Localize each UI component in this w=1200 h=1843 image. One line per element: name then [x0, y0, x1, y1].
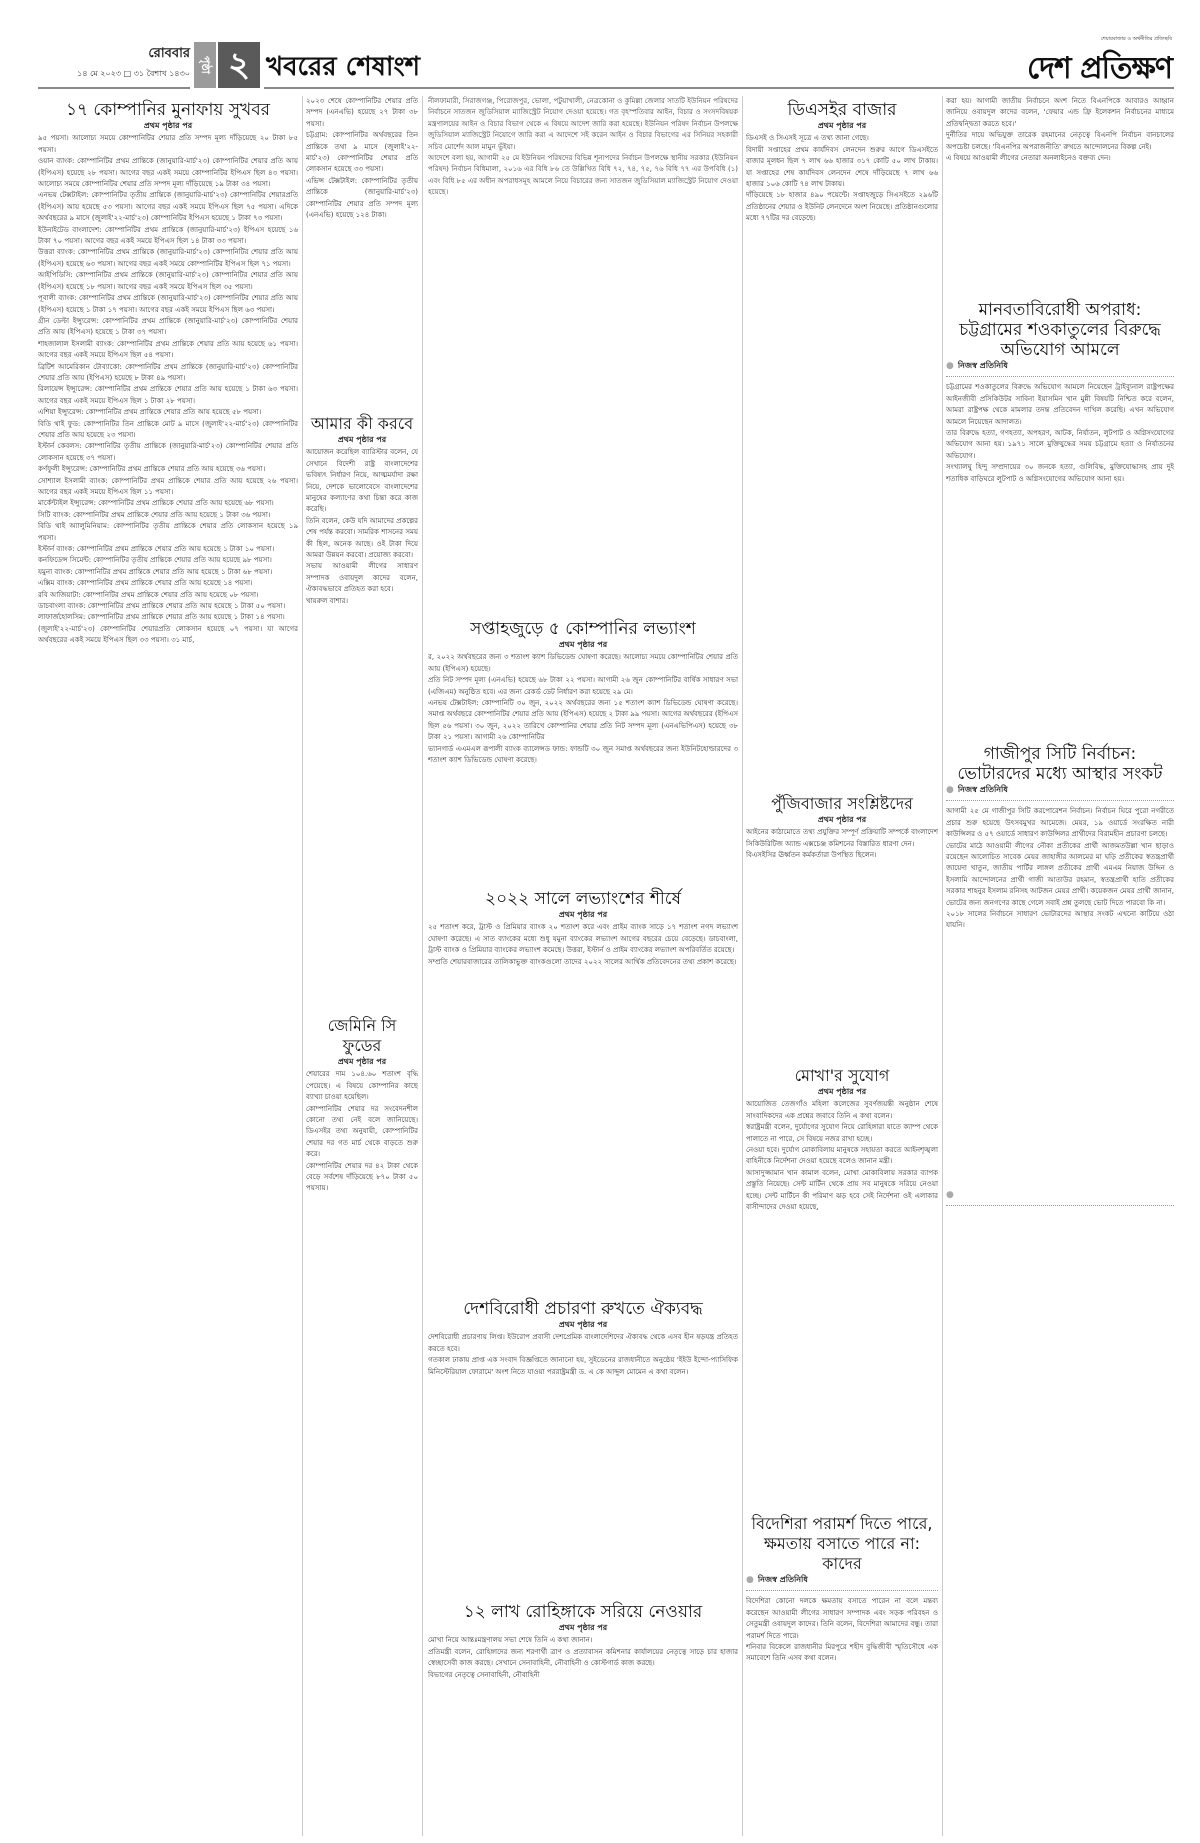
paragraph: বিডি থাই ফুড: কোম্পানিটির তিন প্রান্তিকে… [38, 419, 298, 442]
column-divider [942, 96, 943, 1836]
paragraph: আসাদুজ্জামান খান কামাল বলেন, মোখা মোকাবি… [746, 1168, 938, 1214]
paragraph: ২৫ শতাংশ করে, ট্রাস্ট ও প্রিমিয়ার ব্যাং… [428, 922, 738, 956]
article-headline: ২০২২ সালে লভ্যাংশের শীর্ষে [428, 889, 738, 909]
paragraph: গতকাল ঢাকায় প্রাপ্ত এক সংবাদ বিজ্ঞপ্তিত… [428, 1355, 738, 1378]
paragraph: এশিয়া ইন্স্যুরেন্স: কোম্পানিটির প্রথম প… [38, 407, 298, 418]
paragraph: আগামী ২৫ মে গাজীপুর সিটি করপোরেশন নির্বা… [946, 806, 1174, 840]
paragraph: এনভয় টেক্সটাইল: কোম্পানিটি ৩০ জুন, ২০২২… [428, 698, 738, 744]
byline [946, 1189, 1174, 1206]
paragraph: আইনের কাঠামোতে তথ্য প্রযুক্তির সম্পূর্ণ … [746, 827, 938, 850]
paragraph: চট্টগ্রাম: কোম্পানিটির অর্থবছরের তিন প্র… [306, 130, 418, 176]
paragraph: সম্প্রতি শেয়ারবাজারের তালিকাভুক্ত ব্যাং… [428, 957, 738, 968]
paragraph: তার বিরুদ্ধে হত্যা, গণহত্যা, অপহরণ, আটক,… [946, 428, 1174, 462]
paragraph: নেওয়া হবে। দুর্যোগ মোকাবিলায় মানুষকে স… [746, 1145, 938, 1168]
paragraph: শেয়ারের দাম ১০৪.৬০ শতাংশ বৃদ্ধি পেয়েছে… [306, 1069, 418, 1103]
continuation-label: প্রথম পৃষ্ঠার পর [428, 639, 738, 650]
paragraph: করা হয়। আগামী জাতীয় নির্বাচনে অংশ নিতে… [946, 96, 1174, 130]
continuation-label: প্রথম পৃষ্ঠার পর [746, 1086, 938, 1097]
paragraph: ইউনাইটেড বাংলাদেশ: কোম্পানিটির প্রথম প্র… [38, 225, 298, 248]
paragraph: বিএসইসির ঊর্ধ্বতন কর্মকর্তারা উপস্থিত ছি… [746, 850, 938, 861]
article-2022-dividend: ২০২২ সালে লভ্যাংশের শীর্ষে প্রথম পৃষ্ঠার… [428, 885, 738, 1325]
paragraph: সভায় আওয়ামী লীগের সাধারণ সম্পাদক ওবায়… [306, 561, 418, 595]
paragraph: আয়োজিত তেজগাঁও মহিলা কলেজের সুবর্ণজয়ন্… [746, 1099, 938, 1122]
paragraph: (জুলাই'২২-মার্চ'২৩) কোম্পানিটির শেয়ারপ্… [38, 624, 298, 647]
paragraph: এ বিষয়ে আওয়ামী লীগের নেতারা অনলাইনেও ব… [946, 153, 1174, 164]
continuation-label: প্রথম পৃষ্ঠার পর [306, 1056, 418, 1067]
article-mokha: মোখা'র সুযোগ প্রথম পৃষ্ঠার পর আয়োজিত তে… [746, 1062, 938, 1512]
paragraph: গ্রীন ডেল্টা ইন্স্যুরেন্স: কোম্পানিটির প… [38, 316, 298, 339]
article-headline: পুঁজিবাজার সংশ্লিষ্টদের [746, 794, 938, 814]
paragraph: কর্ণফুলী ইন্স্যুরেন্স: কোম্পানিটির প্রথম… [38, 464, 298, 475]
article-bnp-call: করা হয়। আগামী জাতীয় নির্বাচনে অংশ নিতে… [946, 96, 1174, 296]
paragraph: আদেশে বলা হয়, আগামী ২৫ মে ইউনিয়ন পরিষদ… [428, 153, 738, 199]
paragraph: ২০১৮ সালের নির্বাচনে সাধারণ ভোটারদের আস্… [946, 909, 1174, 932]
article-foreigners-power: বিদেশিরা পরামর্শ দিতে পারে, ক্ষমতায় বসা… [746, 1510, 938, 1802]
article-intro-center: নীলফামারী, সিরাজগঞ্জ, পিরোজপুর, ভোলা, পট… [428, 96, 738, 656]
paragraph: পূবালী ব্যাংক: কোম্পানিটির প্রথম প্রান্ত… [38, 293, 298, 316]
paragraph: এভিন্স টেক্সটাইল: কোম্পানিটির তৃতীয় প্র… [306, 176, 418, 222]
paragraph: লাফার্জহোলসিম: কোম্পানিটির প্রথম প্রান্ত… [38, 612, 298, 623]
paragraph: দেশবিরোধী প্রচারণায় লিপ্ত। ইউরোপ প্রবাস… [428, 1332, 738, 1355]
paragraph: দুর্নীতির দায়ে অভিযুক্ত তারেক রহমানের ন… [946, 130, 1174, 153]
continuation-label: প্রথম পৃষ্ঠার পর [428, 1319, 738, 1330]
article-dse-market: ডিএসইর বাজার প্রথম পৃষ্ঠার পর ডিএসই ও সি… [746, 96, 938, 786]
paragraph: রিলায়েন্স ইন্স্যুরেন্স: কোম্পানিটির প্র… [38, 384, 298, 407]
paragraph: ২০২৩ শেষে কোম্পানিটির শেয়ার প্রতি সম্পদ… [306, 96, 418, 130]
paragraph: ব্রিটিশ আমেরিকান টোব্যাকো: কোম্পানিটির প… [38, 362, 298, 385]
paragraph: শনিবার বিকেলে রাজধানীর মিরপুরে শহীদ বুদ্… [746, 1642, 938, 1665]
article-rohingya: ১২ লাখ রোহিঙ্গাকে সরিয়ে নেওয়ার প্রথম প… [428, 1598, 738, 1803]
paragraph: বিডি থাই অ্যালুমিনিয়াম: কোম্পানিটির তৃত… [38, 521, 298, 544]
issue-date: ১৪ মে ২০২৩ □ ৩১ বৈশাখ ১৪৩০ [70, 68, 190, 81]
paragraph: নীলফামারী, সিরাজগঞ্জ, পিরোজপুর, ভোলা, পট… [428, 96, 738, 153]
paragraph: চট্টগ্রামের শওকাতুলের বিরুদ্ধে অভিযোগ আম… [946, 382, 1174, 428]
article-war-crimes: গাজীপুর সিটি নির্বাচন: ভোটারদের মধ্যে আস… [946, 740, 1174, 1180]
paragraph: কনফিডেন্স সিমেন্ট: কোম্পানিটির তৃতীয় প্… [38, 555, 298, 566]
column-divider [742, 96, 743, 1836]
article-amar-ki-korbe: আমার কী করবে প্রথম পৃষ্ঠার পর আয়োজন করে… [306, 410, 418, 1010]
paragraph: ওয়ান ব্যাংক: কোম্পানিটির প্রথম প্রান্তি… [38, 156, 298, 190]
paragraph: যমুনা ব্যাংক: কোম্পানিটির প্রথম প্রান্তি… [38, 567, 298, 578]
article-headline: বিদেশিরা পরামর্শ দিতে পারে, ক্ষমতায় বসা… [746, 1514, 938, 1574]
byline: নিজস্ব প্রতিনিধি [946, 784, 1174, 801]
paragraph: শাহজালাল ইসলামী ব্যাংক: কোম্পানিটির প্রথ… [38, 339, 298, 362]
paragraph: ডিএসই ও সিএসই সূত্রে এ তথ্য জানা গেছে। [746, 133, 938, 144]
weekday: রোববার [70, 44, 190, 65]
paragraph: ৯৫ পয়সা। আলোচ্য সময়ে কোম্পানিটির শেয়া… [38, 133, 298, 156]
article-continuation: ২০২৩ শেষে কোম্পানিটির শেয়ার প্রতি সম্পদ… [306, 96, 418, 406]
article-headline: দেশবিরোধী প্রচারণা রুখতে ঐক্যবদ্ধ [428, 1299, 738, 1319]
continuation-label: প্রথম পৃষ্ঠার পর [746, 814, 938, 825]
paragraph: তিনি বলেন, কেউ যদি আমাদের প্রকল্পের শেষ … [306, 516, 418, 562]
paragraph: ইস্টার্ন কেবলস: কোম্পানিটির তৃতীয় প্রান… [38, 441, 298, 464]
article-headline: গাজীপুর সিটি নির্বাচন: ভোটারদের মধ্যে আস… [946, 744, 1174, 784]
paragraph: ইস্টার্ন ব্যাংক: কোম্পানিটির প্রথম প্রান… [38, 544, 298, 555]
article-headline: আমার কী করবে [306, 414, 418, 434]
header-rule [38, 87, 190, 89]
paragraph: কোম্পানিটির শেয়ার দর সংবেদনশীল কোনো তথ্… [306, 1104, 418, 1161]
paragraph: স্বরাষ্ট্রমন্ত্রী বলেন, দুর্যোগের সুযোগ … [746, 1122, 938, 1145]
article-weekly-dividend: সপ্তাহজুড়ে ৫ কোম্পানির লভ্যাংশ প্রথম পৃ… [428, 615, 738, 885]
paragraph: ভোটের মাঠে আওয়ামী লীগের নৌকা প্রতীকের প… [946, 841, 1174, 909]
article-17-companies: ১৭ কোম্পানির মুনাফায় সুখবর প্রথম পৃষ্ঠা… [38, 96, 298, 1801]
paragraph: এনভয় টেক্সটাইল: কোম্পানিটির তৃতীয় প্রা… [38, 190, 298, 224]
column-divider [302, 96, 303, 1836]
article-headline: ডিএসইর বাজার [746, 100, 938, 120]
paragraph: খায়রুল বাশার। [306, 596, 418, 607]
article-headline: সপ্তাহজুড়ে ৫ কোম্পানির লভ্যাংশ [428, 619, 738, 639]
article-headline: জেমিনি সি ফুডের [306, 1016, 418, 1056]
article-headline: ১৭ কোম্পানির মুনাফায় সুখবর [38, 100, 298, 120]
article-gazipur-election [946, 1185, 1174, 1802]
paragraph: রবি আজিয়াটা: কোম্পানিটির প্রথম প্রান্তি… [38, 590, 298, 601]
article-capital-market: পুঁজিবাজার সংশ্লিষ্টদের প্রথম পৃষ্ঠার পর… [746, 790, 938, 1060]
header-rule [264, 87, 1174, 89]
continuation-label: প্রথম পৃষ্ঠার পর [746, 120, 938, 131]
paragraph: বিভাগের নেতৃত্বে সেনাবাহিনী, নৌবাহিনী [428, 1670, 738, 1681]
paragraph: আইপিডিসি: কোম্পানিটির প্রথম প্রান্তিকে (… [38, 270, 298, 293]
paragraph: প্রতি নিট সম্পদ মূল্য (এনএভি) হয়েছে ৬৮ … [428, 675, 738, 698]
paragraph: এক্সিম ব্যাংক: কোম্পানিটির প্রথম প্রান্ত… [38, 578, 298, 589]
article-up-election-magistrate: মানবতাবিরোধী অপরাধ: চট্টগ্রামের শওকাতুলে… [946, 296, 1174, 736]
page-label: পৃষ্ঠা [194, 42, 216, 88]
paragraph: বিদায়ী সপ্তাহের প্রথম কার্যদিবস লেনদেন … [746, 145, 938, 191]
paragraph: ডাচবাংলা ব্যাংক: কোম্পানিটির প্রথম প্রান… [38, 601, 298, 612]
paragraph: সিটি ব্যাংক: কোম্পানিটির প্রথম প্রান্তিক… [38, 510, 298, 521]
article-headline: ১২ লাখ রোহিঙ্গাকে সরিয়ে নেওয়ার [428, 1602, 738, 1622]
article-headline: মানবতাবিরোধী অপরাধ: চট্টগ্রামের শওকাতুলে… [946, 300, 1174, 360]
byline: নিজস্ব প্রতিনিধি [946, 360, 1174, 377]
continuation-label: প্রথম পৃষ্ঠার পর [428, 909, 738, 920]
continuation-label: প্রথম পৃষ্ঠার পর [38, 120, 298, 131]
paragraph: সংখ্যালঘু হিন্দু সম্প্রদায়ের ৩০ জনকে হত… [946, 462, 1174, 485]
paragraph: আয়োজন করেছিল ব্যারিস্টার বলেন, যে সেখান… [306, 447, 418, 515]
paragraph: বিদেশিরা কোনো দলকে ক্ষমতায় বসাতে পারেন … [746, 1596, 938, 1642]
article-gemini-sea-food: জেমিনি সি ফুডের প্রথম পৃষ্ঠার পর শেয়ারে… [306, 1012, 418, 1802]
continuation-label: প্রথম পৃষ্ঠার পর [306, 434, 418, 445]
section-title: খবরের শেষাংশ [266, 46, 420, 90]
paragraph: র, ২০২২ অর্থবছরের জন্য ৩ শতাংশ ক্যাশ ডিভ… [428, 652, 738, 675]
continuation-label: প্রথম পৃষ্ঠার পর [428, 1622, 738, 1633]
paragraph: প্রতিমন্ত্রী বলেন, রোহিঙ্গাদের জন্য শরণা… [428, 1647, 738, 1670]
byline: নিজস্ব প্রতিনিধি [746, 1574, 938, 1591]
paragraph: দাঁড়িয়েছে ১৮ হাজার ৪৯০ পয়েন্টে। সপ্তা… [746, 190, 938, 224]
page-number: ২ [218, 42, 260, 88]
paragraph: সোশ্যাল ইসলামী ব্যাংক: কোম্পানিটির প্রথম… [38, 476, 298, 499]
article-anti-state-propaganda: দেশবিরোধী প্রচারণা রুখতে ঐক্যবদ্ধ প্রথম … [428, 1295, 738, 1595]
brand-tagline: শেয়ারবাজার ও অর্থনীতির প্রতিচ্ছবি [1027, 36, 1172, 44]
column-divider [422, 96, 423, 1836]
date-block: রোববার ১৪ মে ২০২৩ □ ৩১ বৈশাখ ১৪৩০ [70, 44, 190, 81]
paragraph: কোম্পানিটির শেয়ার দর ৪২ টাকা থেকে বেড়ে… [306, 1161, 418, 1195]
paragraph: মার্কেন্টাইল ইন্স্যুরেন্স: কোম্পানিটির প… [38, 498, 298, 509]
paragraph: ভ্যানগার্ড এএমএল রূপালী ব্যাংক ব্যালেন্স… [428, 744, 738, 767]
paragraph: উত্তরা ব্যাংক: কোম্পানিটির প্রথম প্রান্ত… [38, 247, 298, 270]
paragraph: মোখা নিয়ে আন্তঃমন্ত্রণালয় সভা শেষে তিন… [428, 1635, 738, 1646]
article-headline: মোখা'র সুযোগ [746, 1066, 938, 1086]
masthead: রোববার ১৪ মে ২০২৩ □ ৩১ বৈশাখ ১৪৩০ পৃষ্ঠা… [0, 0, 1200, 92]
